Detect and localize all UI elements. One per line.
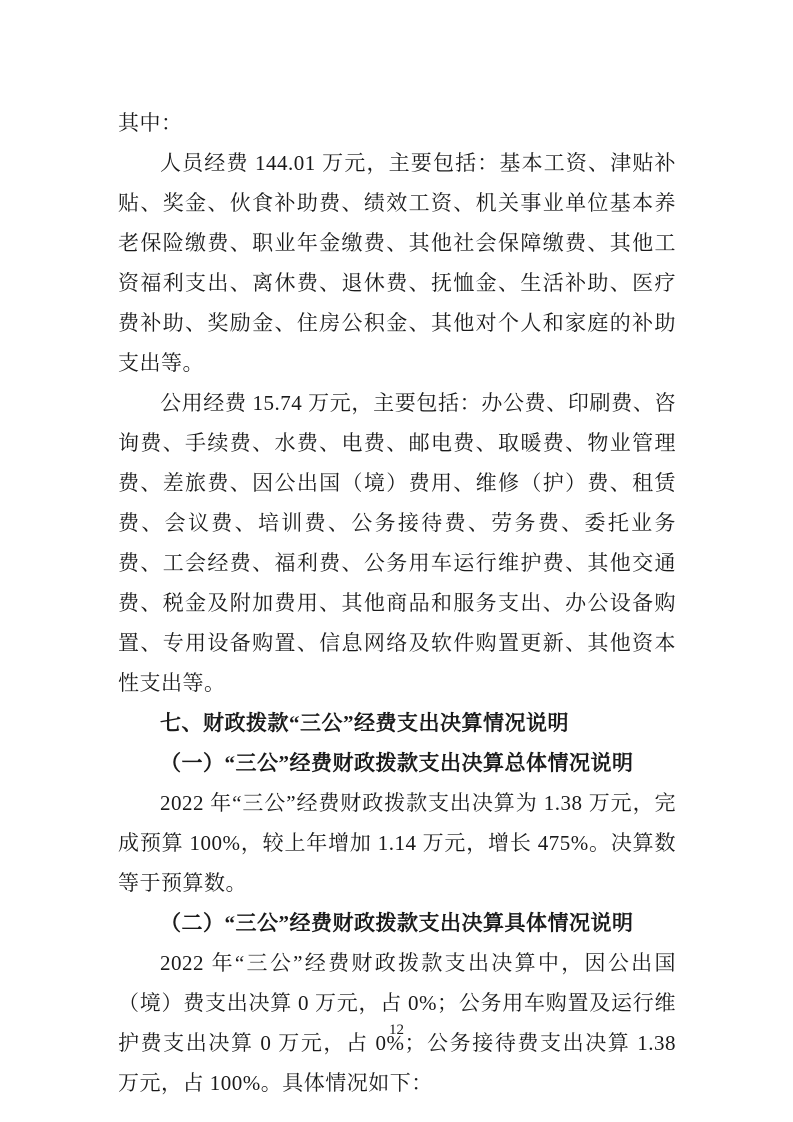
paragraph-personnel-funds: 人员经费 144.01 万元，主要包括：基本工资、津贴补贴、奖金、伙食补助费、绩… bbox=[118, 143, 676, 383]
page-number: 12 bbox=[0, 1022, 793, 1039]
heading-section-7-three-public-funds: 七、财政拨款“三公”经费支出决算情况说明 bbox=[118, 703, 676, 743]
document-page: 其中： 人员经费 144.01 万元，主要包括：基本工资、津贴补贴、奖金、伙食补… bbox=[0, 0, 793, 1122]
heading-section-7-1-overall-explanation: （一）“三公”经费财政拨款支出决算总体情况说明 bbox=[118, 743, 676, 783]
paragraph-among-which: 其中： bbox=[118, 103, 676, 143]
document-content: 其中： 人员经费 144.01 万元，主要包括：基本工资、津贴补贴、奖金、伙食补… bbox=[118, 103, 676, 1103]
paragraph-overall-explanation: 2022 年“三公”经费财政拨款支出决算为 1.38 万元，完成预算 100%，… bbox=[118, 783, 676, 903]
paragraph-public-funds: 公用经费 15.74 万元，主要包括：办公费、印刷费、咨询费、手续费、水费、电费… bbox=[118, 383, 676, 703]
heading-section-7-2-specific-explanation: （二）“三公”经费财政拨款支出决算具体情况说明 bbox=[118, 903, 676, 943]
